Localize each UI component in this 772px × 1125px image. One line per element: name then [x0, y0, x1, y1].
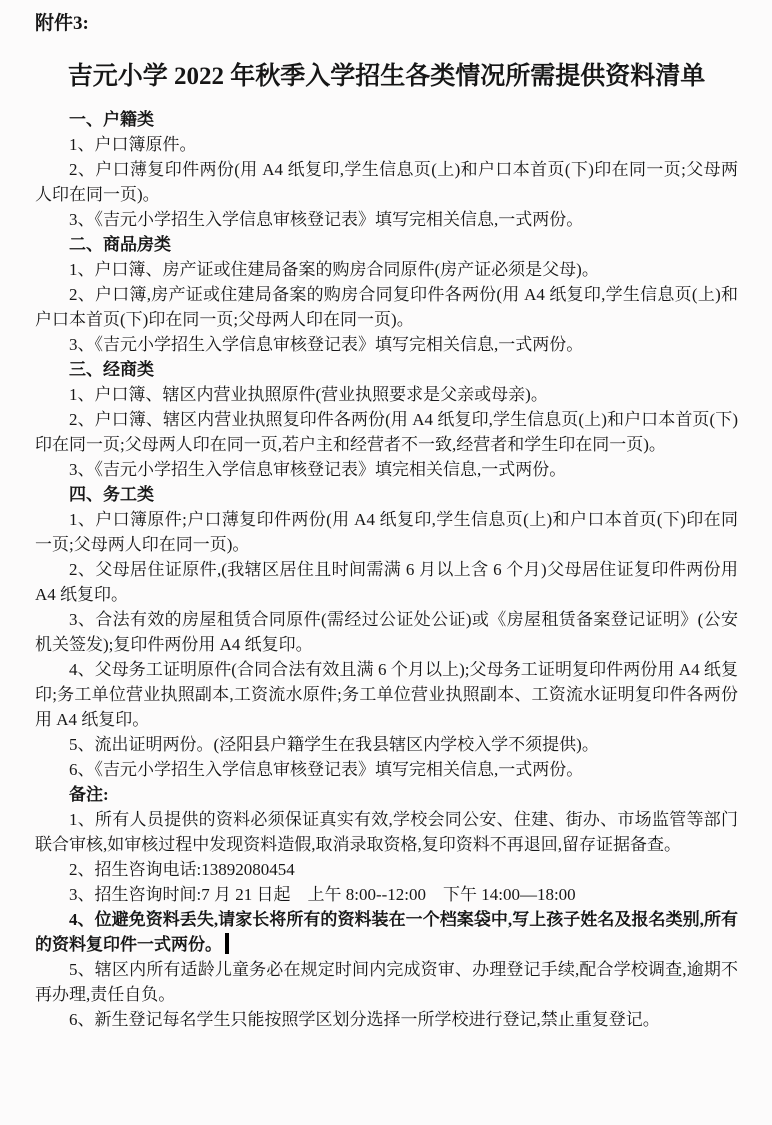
- list-item: 1、户口簿原件。: [35, 132, 738, 157]
- section-heading-business: 三、经商类: [35, 357, 738, 382]
- list-item: 5、流出证明两份。(泾阳县户籍学生在我县辖区内学校入学不须提供)。: [35, 732, 738, 757]
- list-item: 2、户口薄复印件两份(用 A4 纸复印,学生信息页(上)和户口本首页(下)印在同…: [35, 157, 738, 207]
- list-item: 2、户口簿,房产证或住建局备案的购房合同复印件各两份(用 A4 纸复印,学生信息…: [35, 282, 738, 332]
- notes-heading: 备注:: [35, 782, 738, 807]
- list-item: 2、父母居住证原件,(我辖区居住且时间需满 6 月以上含 6 个月)父母居住证复…: [35, 557, 738, 607]
- attachment-label: 附件3:: [35, 10, 738, 38]
- text-cursor: [225, 933, 229, 954]
- list-item: 1、户口簿原件;户口薄复印件两份(用 A4 纸复印,学生信息页(上)和户口本首页…: [35, 507, 738, 557]
- list-item: 1、户口簿、房产证或住建局备案的购房合同原件(房产证必须是父母)。: [35, 257, 738, 282]
- note-item: 1、所有人员提供的资料必须保证真实有效,学校会同公安、住建、街办、市场监管等部门…: [35, 807, 738, 857]
- section-heading-migrant-worker: 四、务工类: [35, 482, 738, 507]
- list-item: 3、《吉元小学招生入学信息审核登记表》填完相关信息,一式两份。: [35, 457, 738, 482]
- list-item: 3、《吉元小学招生入学信息审核登记表》填写完相关信息,一式两份。: [35, 207, 738, 232]
- list-item: 6、《吉元小学招生入学信息审核登记表》填写完相关信息,一式两份。: [35, 757, 738, 782]
- note-item: 6、新生登记每名学生只能按照学区划分选择一所学校进行登记,禁止重复登记。: [35, 1007, 738, 1032]
- list-item: 3、《吉元小学招生入学信息审核登记表》填写完相关信息,一式两份。: [35, 332, 738, 357]
- page-title: 吉元小学 2022 年秋季入学招生各类情况所需提供资料清单: [35, 60, 738, 94]
- section-heading-hukou: 一、户籍类: [35, 107, 738, 132]
- list-item: 1、户口簿、辖区内营业执照原件(营业执照要求是父亲或母亲)。: [35, 382, 738, 407]
- list-item: 2、户口簿、辖区内营业执照复印件各两份(用 A4 纸复印,学生信息页(上)和户口…: [35, 407, 738, 457]
- note-item-bold: 4、位避免资料丢失,请家长将所有的资料装在一个档案袋中,写上孩子姓名及报名类别,…: [35, 907, 738, 957]
- section-heading-commodity-housing: 二、商品房类: [35, 232, 738, 257]
- note-item: 5、辖区内所有适龄儿童务必在规定时间内完成资审、办理登记手续,配合学校调查,逾期…: [35, 957, 738, 1007]
- list-item: 4、父母务工证明原件(合同合法有效且满 6 个月以上);父母务工证明复印件两份用…: [35, 657, 738, 732]
- note-item-phone: 2、招生咨询电话:13892080454: [35, 857, 738, 882]
- list-item: 3、合法有效的房屋租赁合同原件(需经过公证处公证)或《房屋租赁备案登记证明》(公…: [35, 607, 738, 657]
- note-item-time: 3、招生咨询时间:7 月 21 日起 上午 8:00--12:00 下午 14:…: [35, 882, 738, 907]
- note-item-bold-text: 4、位避免资料丢失,请家长将所有的资料装在一个档案袋中,写上孩子姓名及报名类别,…: [35, 910, 738, 954]
- document-page[interactable]: 附件3: 吉元小学 2022 年秋季入学招生各类情况所需提供资料清单 一、户籍类…: [0, 0, 772, 1125]
